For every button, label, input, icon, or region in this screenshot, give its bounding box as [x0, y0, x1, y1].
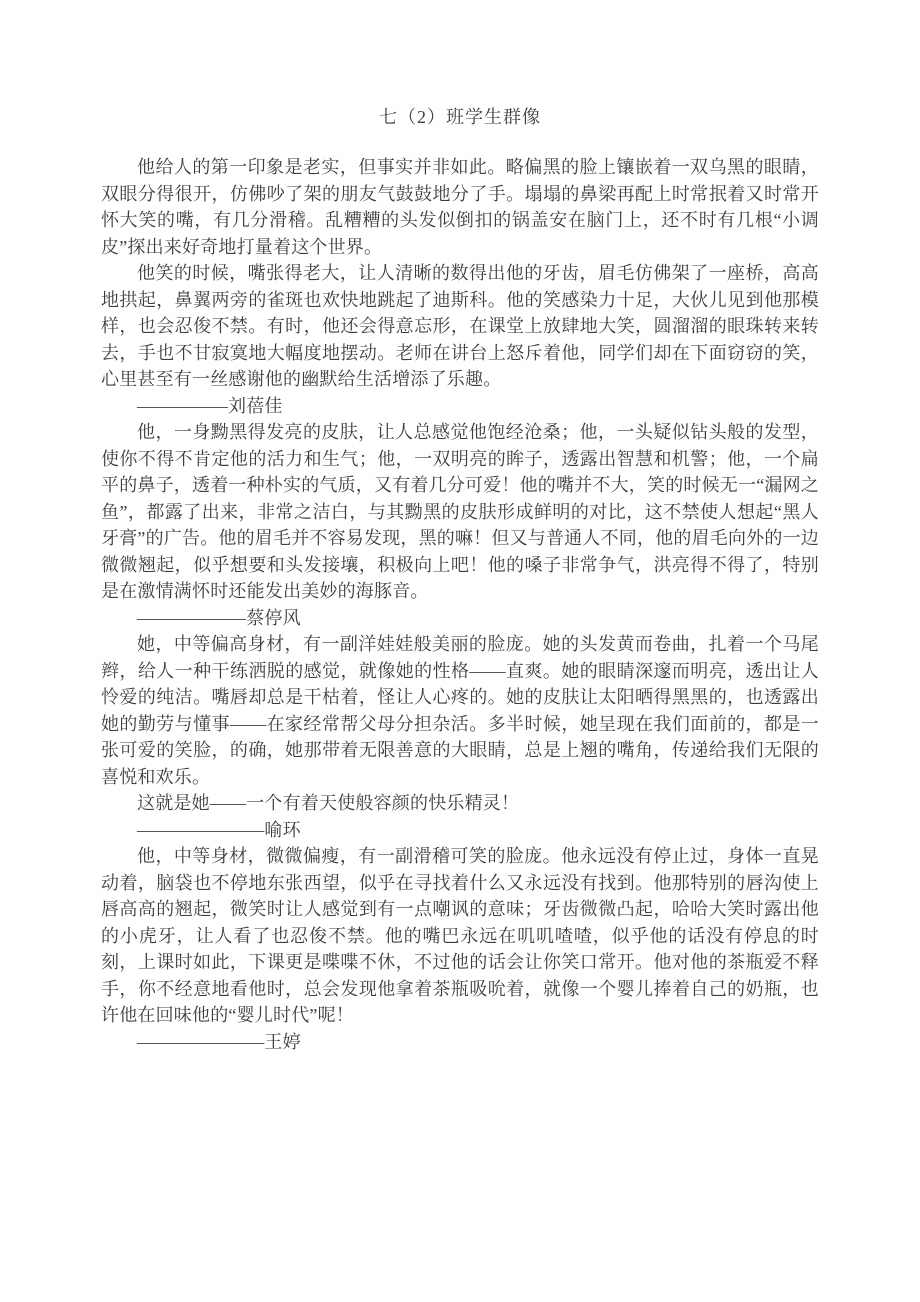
- author-signature-4: ———————王婷: [101, 1029, 819, 1056]
- author-signature-3: ———————喻环: [101, 817, 819, 844]
- author-signature-1: —————刘蓓佳: [101, 393, 819, 420]
- paragraph-student3-part1: 她，中等偏高身材，有一副洋娃娃般美丽的脸庞。她的头发黄而卷曲，扎着一个马尾辫，给…: [101, 631, 819, 790]
- paragraph-student2: 他，一身黝黑得发亮的皮肤，让人总感觉他饱经沧桑；他，一头疑似钻头般的发型，使你不…: [101, 419, 819, 605]
- document-body: 他给人的第一印象是老实，但事实并非如此。略偏黑的脸上镶嵌着一双乌黑的眼睛，双眼分…: [101, 154, 819, 1055]
- paragraph-student3-part2: 这就是她——一个有着天使般容颜的快乐精灵！: [101, 790, 819, 817]
- paragraph-student1-part1: 他给人的第一印象是老实，但事实并非如此。略偏黑的脸上镶嵌着一双乌黑的眼睛，双眼分…: [101, 154, 819, 260]
- document-page: 七（2）班学生群像 他给人的第一印象是老实，但事实并非如此。略偏黑的脸上镶嵌着一…: [0, 0, 920, 1302]
- page-title: 七（2）班学生群像: [0, 0, 920, 131]
- paragraph-student1-part2: 他笑的时候，嘴张得老大，让人清晰的数得出他的牙齿，眉毛仿佛架了一座桥，高高地拱起…: [101, 260, 819, 393]
- author-signature-2: ——————蔡停风: [101, 605, 819, 632]
- paragraph-student4: 他，中等身材，微微偏瘦，有一副滑稽可笑的脸庞。他永远没有停止过，身体一直晃动着，…: [101, 843, 819, 1029]
